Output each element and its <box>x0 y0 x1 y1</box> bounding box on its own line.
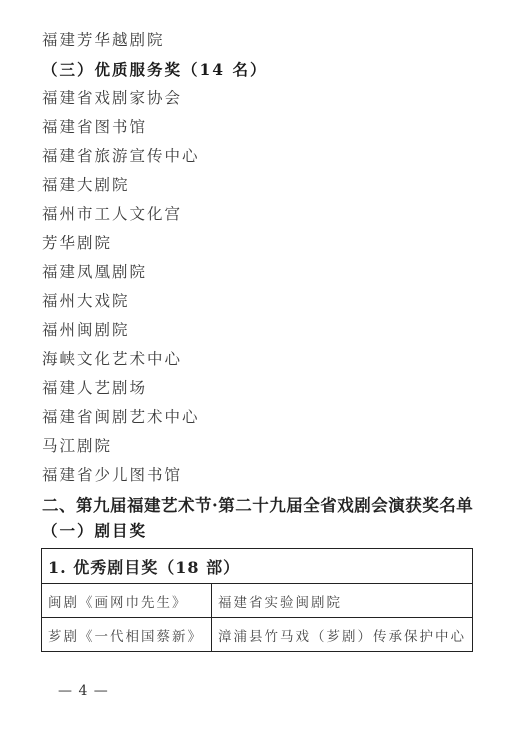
table-header-row: 1. 优秀剧目奖（18 部） <box>42 549 473 584</box>
section-heading: 二、第九届福建艺术节·第二十九届全省戏剧会演获奖名单 <box>42 496 473 516</box>
list-item: 福建省戏剧家协会 <box>42 88 182 108</box>
list-item: 福州闽剧院 <box>42 320 130 340</box>
list-item: 海峡文化艺术中心 <box>42 349 182 369</box>
list-item: 福建芳华越剧院 <box>42 30 165 50</box>
list-item: 福建省少儿图书馆 <box>42 465 182 485</box>
list-item: 福州市工人文化宫 <box>42 204 182 224</box>
table-row: 芗剧《一代相国蔡新》 漳浦县竹马戏（芗剧）传承保护中心 <box>42 618 473 652</box>
list-item: 福建人艺剧场 <box>42 378 147 398</box>
list-item: 福建凤凰剧院 <box>42 262 147 282</box>
play-cell: 闽剧《画网巾先生》 <box>42 584 212 618</box>
troupe-cell: 漳浦县竹马戏（芗剧）传承保护中心 <box>212 618 473 652</box>
award-table: 1. 优秀剧目奖（18 部） 闽剧《画网巾先生》 福建省实验闽剧院 芗剧《一代相… <box>41 548 473 652</box>
subsection-heading-service-award: （三）优质服务奖（14 名） <box>42 60 267 80</box>
table-header: 1. 优秀剧目奖（18 部） <box>42 549 473 584</box>
list-item: 福建省图书馆 <box>42 117 147 137</box>
page-number: — 4 — <box>58 683 109 699</box>
subsection-heading-repertoire-award: （一）剧目奖 <box>42 521 147 541</box>
list-item: 芳华剧院 <box>42 233 112 253</box>
list-item: 福建省闽剧艺术中心 <box>42 407 200 427</box>
list-item: 福州大戏院 <box>42 291 130 311</box>
list-item: 马江剧院 <box>42 436 112 456</box>
list-item: 福建省旅游宣传中心 <box>42 146 200 166</box>
list-item: 福建大剧院 <box>42 175 130 195</box>
play-cell: 芗剧《一代相国蔡新》 <box>42 618 212 652</box>
troupe-cell: 福建省实验闽剧院 <box>212 584 473 618</box>
table-row: 闽剧《画网巾先生》 福建省实验闽剧院 <box>42 584 473 618</box>
